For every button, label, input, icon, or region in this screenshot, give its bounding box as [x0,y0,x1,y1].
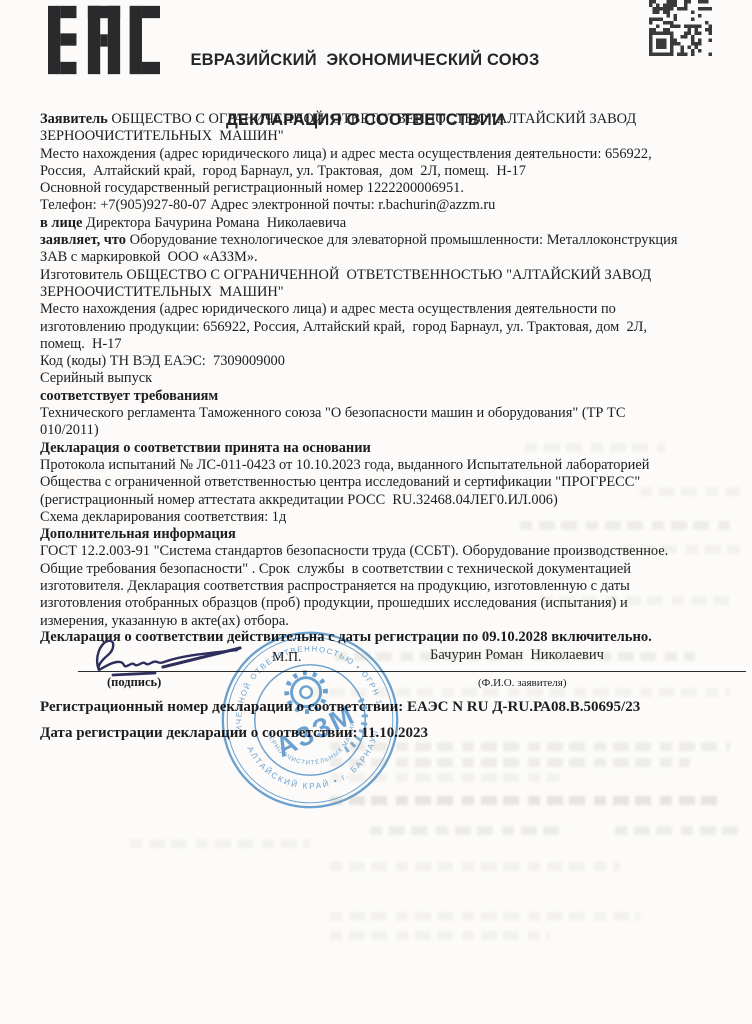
text-segment: Россия, Алтайский край, город Барнаул, у… [40,163,526,179]
text-line: Основной государственный регистрационный… [40,180,748,197]
text-segment: измерения, указанную в акте(ах) отбора. [40,613,289,629]
text-segment: Оборудование технологическое для элевато… [130,232,678,248]
text-line: помещ. Н-17 [40,336,748,353]
text-line: ЗЕРНООЧИСТИТЕЛЬНЫХ МАШИН" [40,284,748,301]
text-line: Изготовитель ОБЩЕСТВО С ОГРАНИЧЕННОЙ ОТВ… [40,267,748,284]
text-line: Серийный выпуск [40,370,748,387]
text-line: изготовителя. Декларация соответствия ра… [40,578,748,595]
ghost-text-artifact [615,826,740,835]
ghost-text-artifact [330,773,560,782]
paragraph: Место нахождения (адрес юридического лиц… [40,301,748,353]
text-line: ЗЕРНООЧИСТИТЕЛЬНЫХ МАШИН" [40,128,748,145]
text-line: Место нахождения (адрес юридического лиц… [40,301,748,318]
text-segment: (регистрационный номер аттестата аккреди… [40,492,558,508]
paragraph: Протокола испытаний № ЛС-011-0423 от 10.… [40,457,748,509]
text-segment: ЗЕРНООЧИСТИТЕЛЬНЫХ МАШИН" [40,128,284,144]
text-segment: изготовителя. Декларация соответствия ра… [40,578,630,594]
ghost-text-artifact [620,545,740,554]
paragraph: Основной государственный регистрационный… [40,180,748,197]
ghost-text-artifact [330,796,720,805]
eac-conformity-mark-icon [48,4,160,76]
ghost-text-artifact [330,862,620,871]
ghost-text-artifact [640,487,740,496]
ghost-text-artifact [540,596,735,605]
ghost-text-artifact [330,742,730,751]
paragraph: Серийный выпуск [40,370,748,387]
text-segment: ГОСТ 12.2.003-91 "Система стандартов без… [40,543,668,559]
text-segment: Директора Бачурина Романа Николаевича [86,215,346,231]
text-line: заявляет, что Оборудование технологическ… [40,232,748,249]
paragraph: заявляет, что Оборудование технологическ… [40,232,748,267]
text-line: Общие требования безопасности" . Срок сл… [40,561,748,578]
text-segment: помещ. Н-17 [40,336,122,352]
text-segment: Схема декларирования соответствия: 1д [40,509,286,525]
union-title: ЕВРАЗИЙСКИЙ ЭКОНОМИЧЕСКИЙ СОЮЗ [150,50,580,70]
text-segment: Протокола испытаний № ЛС-011-0423 от 10.… [40,457,649,473]
ghost-text-artifact [330,931,550,940]
text-segment: Серийный выпуск [40,370,152,386]
text-segment: Изготовитель ОБЩЕСТВО С ОГРАНИЧЕННОЙ ОТВ… [40,267,651,283]
bold-text-segment: соответствует требованиям [40,388,218,404]
signature-caption: (подпись) [107,675,161,690]
text-segment: ЗАВ с маркировкой ООО «АЗЗМ». [40,249,258,265]
paragraph: ГОСТ 12.2.003-91 "Система стандартов без… [40,543,748,629]
text-line: Заявитель ОБЩЕСТВО С ОГРАНИЧЕННОЙ ОТВЕТС… [40,111,748,128]
paragraph: Изготовитель ОБЩЕСТВО С ОГРАНИЧЕННОЙ ОТВ… [40,267,748,302]
paragraph: соответствует требованиям [40,388,748,405]
ghost-text-artifact [310,688,730,697]
text-segment: ОБЩЕСТВО С ОГРАНИЧЕННОЙ ОТВЕТСТВЕННОСТЬЮ… [111,111,636,127]
text-line: измерения, указанную в акте(ах) отбора. [40,613,748,630]
ghost-text-artifact [330,758,690,767]
text-segment: Общие требования безопасности" . Срок сл… [40,561,631,577]
text-line: Место нахождения (адрес юридического лиц… [40,146,748,163]
text-line: ЗАВ с маркировкой ООО «АЗЗМ». [40,249,748,266]
signature-line [78,671,746,672]
ghost-text-artifact [525,443,665,452]
text-segment: Код (коды) ТН ВЭД ЕАЭС: 7309009000 [40,353,285,369]
paragraph: Технического регламента Таможенного союз… [40,405,748,440]
text-line: Телефон: +7(905)927-80-07 Адрес электрон… [40,197,748,214]
text-segment: Технического регламента Таможенного союз… [40,405,625,421]
text-segment: Телефон: +7(905)927-80-07 Адрес электрон… [40,197,495,213]
paragraph: в лице Директора Бачурина Романа Николае… [40,215,748,232]
declaration-document-page: ЕВРАЗИЙСКИЙ ЭКОНОМИЧЕСКИЙ СОЮЗ ДЕКЛАРАЦИ… [0,0,752,1024]
ghost-text-artifact [520,521,735,530]
bold-text-segment: Заявитель [40,111,111,127]
company-round-stamp: • ОБЩЕСТВО С ОГРАНИЧЕННОЙ ОТВЕТСТВЕННОСТ… [206,616,414,824]
text-line: Технического регламента Таможенного союз… [40,405,748,422]
paragraph: Телефон: +7(905)927-80-07 Адрес электрон… [40,197,748,214]
ghost-text-artifact [370,826,560,835]
bold-text-segment: Дополнительная информация [40,526,236,542]
text-segment: Основной государственный регистрационный… [40,180,464,196]
bold-text-segment: в лице [40,215,86,231]
ghost-text-artifact [335,652,695,661]
text-segment: ЗЕРНООЧИСТИТЕЛЬНЫХ МАШИН" [40,284,284,300]
text-line: Протокола испытаний № ЛС-011-0423 от 10.… [40,457,748,474]
text-segment: Место нахождения (адрес юридического лиц… [40,301,616,317]
text-segment: Место нахождения (адрес юридического лиц… [40,146,652,162]
text-line: Россия, Алтайский край, город Барнаул, у… [40,163,748,180]
text-line: Код (коды) ТН ВЭД ЕАЭС: 7309009000 [40,353,748,370]
ghost-text-artifact [130,839,310,848]
text-line: в лице Директора Бачурина Романа Николае… [40,215,748,232]
text-segment: 010/2011) [40,422,99,438]
text-line: изготовлению продукции: 656922, Россия, … [40,319,748,336]
paragraph: Место нахождения (адрес юридического лиц… [40,146,748,181]
paragraph: Заявитель ОБЩЕСТВО С ОГРАНИЧЕННОЙ ОТВЕТС… [40,111,748,146]
bold-text-segment: Декларация о соответствии принята на осн… [40,440,371,456]
ghost-text-artifact [330,912,640,921]
bold-text-segment: заявляет, что [40,232,130,248]
text-line: соответствует требованиям [40,388,748,405]
paragraph: Код (коды) ТН ВЭД ЕАЭС: 7309009000 [40,353,748,370]
text-segment: изготовлению продукции: 656922, Россия, … [40,319,647,335]
text-segment: Общества с ограниченной ответственностью… [40,474,640,490]
text-line: 010/2011) [40,422,748,439]
qr-code-icon [649,0,714,57]
